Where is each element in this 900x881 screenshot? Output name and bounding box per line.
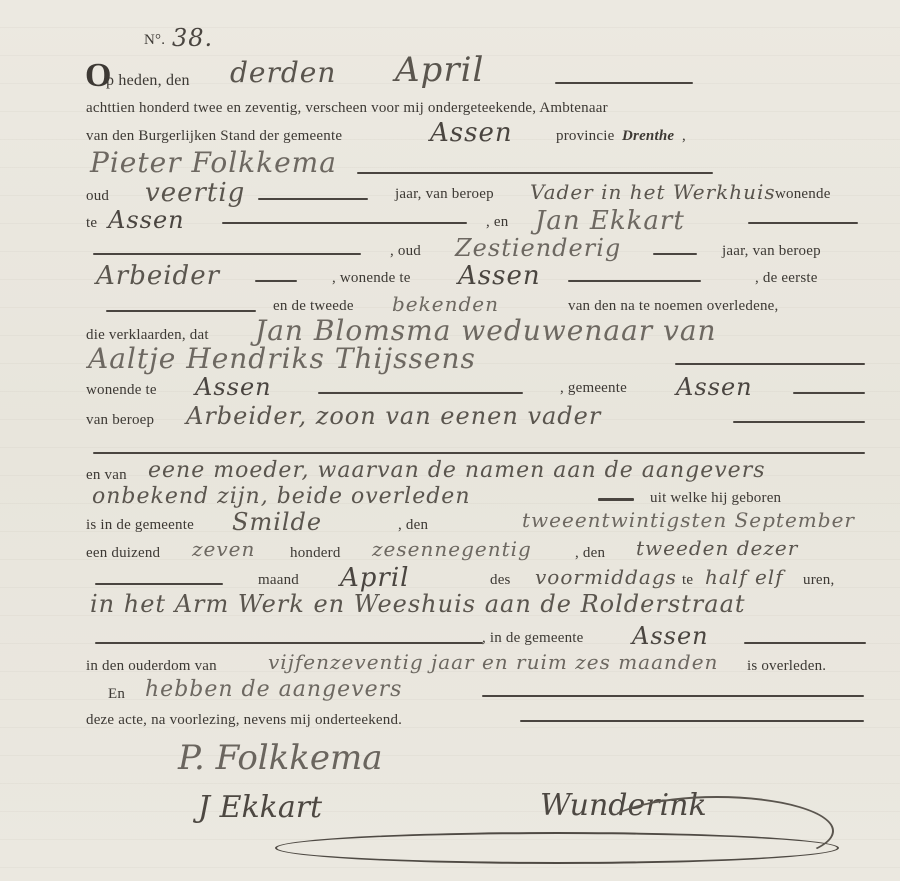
hand-death-location: in het Arm Werk en Weeshuis aan de Rolde… xyxy=(90,590,746,618)
hand-declarant1-name: Pieter Folkkema xyxy=(90,146,337,179)
hand-birthyear-tens: zesennegentig xyxy=(372,537,532,561)
l9-print-b: van den na te noemen overledene, xyxy=(568,298,778,315)
fill-line xyxy=(555,82,693,84)
hand-deceased-municipality: Assen xyxy=(676,373,753,401)
hand-death-municipality: Assen xyxy=(632,622,709,650)
l7-print-a: , oud xyxy=(390,243,421,260)
fill-line xyxy=(653,253,697,255)
l8-print-a: , wonende te xyxy=(332,270,411,287)
l6-print-a: te xyxy=(86,215,97,232)
l6-print-b: , en xyxy=(486,214,508,231)
l13-print: van beroep xyxy=(86,412,154,429)
fill-line xyxy=(568,280,701,282)
act-number-value: 38. xyxy=(172,24,213,52)
l5-print-a: oud xyxy=(86,188,109,205)
l2-print: achttien honderd twee en zeventig, versc… xyxy=(86,100,608,117)
fill-line xyxy=(106,310,256,312)
l3-print-b: provincie xyxy=(556,128,614,145)
fill-line xyxy=(744,642,866,644)
l8-print-b: , de eerste xyxy=(755,270,818,287)
fill-line xyxy=(520,720,864,722)
l5-print-c: wonende xyxy=(775,186,831,203)
hand-birthyear-hundreds: zeven xyxy=(192,537,255,561)
hand-birthdate: tweeentwintigsten September xyxy=(522,508,855,532)
dash xyxy=(598,498,634,501)
hand-deceased-occupation: Arbeider, zoon van eenen vader xyxy=(186,402,601,430)
hand-declarant1-residence: Assen xyxy=(108,206,185,234)
l12-print-b: , gemeente xyxy=(560,380,627,397)
fill-line xyxy=(675,363,865,365)
fill-line xyxy=(95,583,223,585)
l22-print: En xyxy=(108,686,125,703)
hand-deceased-residence: Assen xyxy=(195,373,272,401)
hand-death-month: April xyxy=(340,563,409,593)
hand-death-day: tweeden dezer xyxy=(636,536,798,560)
l16-print-b: , den xyxy=(398,517,428,534)
hand-declarant2-occupation: Arbeider xyxy=(96,261,220,291)
l20-print: , in de gemeente xyxy=(482,630,584,647)
l14-print: en van xyxy=(86,467,127,484)
l17-print-b: honderd xyxy=(290,545,341,562)
hand-declarant2-name: Jan Ekkart xyxy=(535,206,685,236)
fill-line xyxy=(748,222,858,224)
l3-print-a: van den Burgerlijken Stand der gemeente xyxy=(86,128,342,145)
l16-print-a: is in de gemeente xyxy=(86,517,194,534)
fill-line xyxy=(93,253,361,255)
hand-registry-place: Assen xyxy=(430,118,513,148)
fill-line xyxy=(255,280,297,282)
fill-line xyxy=(93,452,865,454)
l18-print-d: uren, xyxy=(803,572,834,589)
l3-comma: , xyxy=(682,128,686,145)
hand-parents-cont: onbekend zijn, beide overleden xyxy=(92,484,471,509)
fill-line xyxy=(793,392,865,394)
signature-loop xyxy=(600,796,834,866)
hand-birthplace: Smilde xyxy=(232,508,322,536)
l18-print-c: te xyxy=(682,572,693,589)
fill-line xyxy=(95,642,483,644)
hand-signing-clause: hebben de aangevers xyxy=(145,677,402,702)
fill-line xyxy=(318,392,523,394)
l7-print-b: jaar, van beroep xyxy=(722,243,821,260)
signature-folkkema: P. Folkkema xyxy=(178,738,383,778)
hand-declarant2-age: Zestienderig xyxy=(455,234,621,262)
fill-line xyxy=(258,198,368,200)
hand-spouse-name: Aaltje Hendriks Thijssens xyxy=(88,342,476,375)
hand-declarant2-residence: Assen xyxy=(458,261,541,291)
act-number-label: N°. xyxy=(144,32,165,49)
l23-print: deze acte, na voorlezing, nevens mij ond… xyxy=(86,712,402,729)
hand-age-at-death: vijfenzeventig jaar en ruim zes maanden xyxy=(268,650,718,674)
l18-print-b: des xyxy=(490,572,511,589)
hand-relation: bekenden xyxy=(392,292,499,316)
fill-line xyxy=(482,695,864,697)
l21-print-a: in den ouderdom van xyxy=(86,658,217,675)
l5-print-b: jaar, van beroep xyxy=(395,186,494,203)
l12-print-a: wonende te xyxy=(86,382,157,399)
l18-print-a: maand xyxy=(258,572,299,589)
fill-line xyxy=(357,172,713,174)
hand-hour: half elf xyxy=(705,565,784,589)
hand-parents: eene moeder, waarvan de namen aan de aan… xyxy=(148,458,766,483)
hand-declarant1-age: veertig xyxy=(145,178,245,208)
hand-day: derden xyxy=(230,56,336,89)
l21-print-b: is overleden. xyxy=(747,658,826,675)
l9-print-a: en de tweede xyxy=(273,298,354,315)
fill-line xyxy=(222,222,467,224)
province-name: Drenthe xyxy=(622,128,674,145)
signature-ekkart: J Ekkart xyxy=(198,790,322,825)
hand-time-of-day: voormiddags xyxy=(535,565,677,589)
l15-print: uit welke hij geboren xyxy=(650,490,781,507)
l17-print-c: , den xyxy=(575,545,605,562)
l1-print: p heden, den xyxy=(106,72,190,90)
fill-line xyxy=(733,421,865,423)
hand-month: April xyxy=(395,50,484,90)
hand-declarant1-occupation: Vader in het Werkhuis xyxy=(530,180,776,204)
l17-print-a: een duizend xyxy=(86,545,160,562)
